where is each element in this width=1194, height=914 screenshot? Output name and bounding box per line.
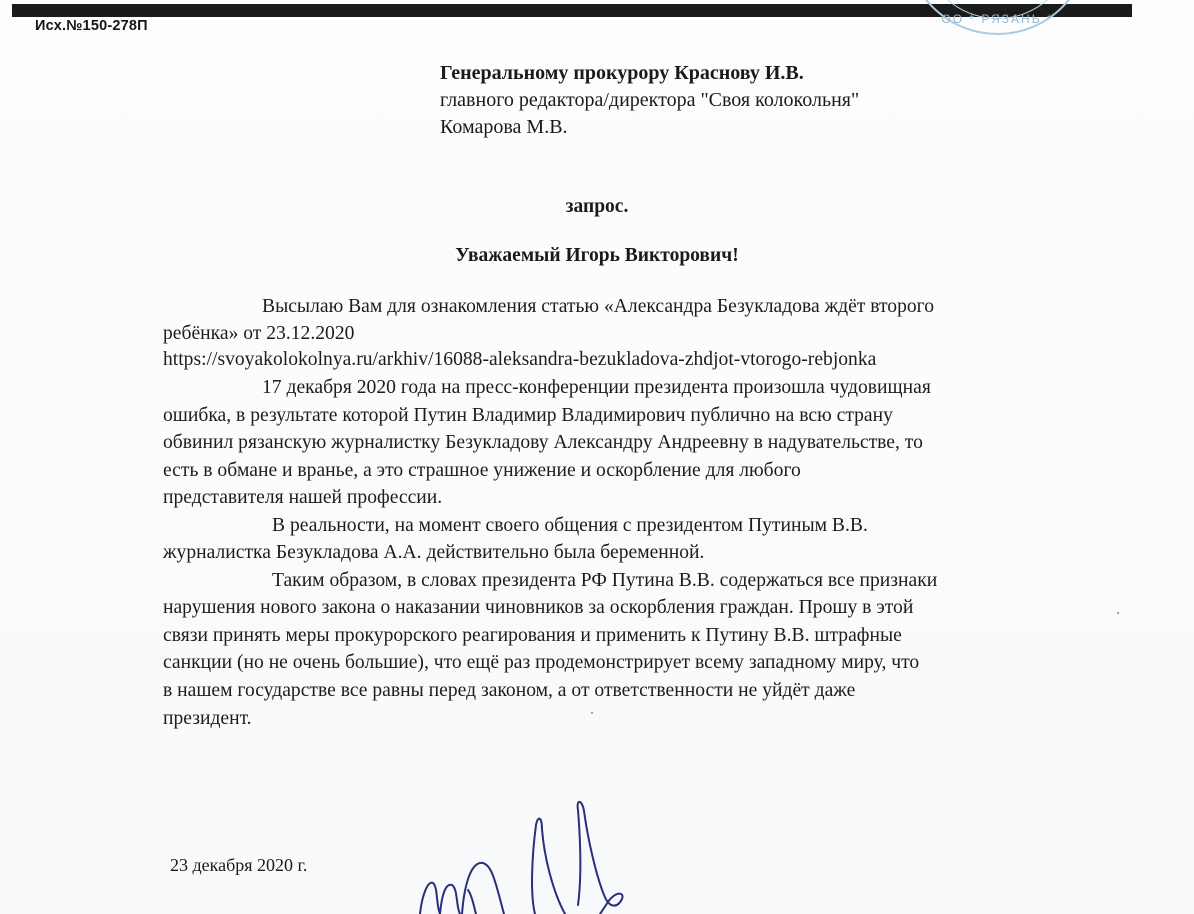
body-line: В реальности, на момент своего общения с…: [272, 514, 868, 538]
body-line: Таким образом, в словах президента РФ Пу…: [272, 569, 937, 593]
organization-stamp: ОО * РЯЗАНЬ *: [905, 0, 1090, 35]
outgoing-number: Исх.№150-278П: [35, 18, 148, 34]
body-line: есть в обмане и вранье, а это страшное у…: [163, 459, 801, 483]
stamp-text: ОО * РЯЗАНЬ *: [907, 12, 1088, 26]
body-line: представителя нашей профессии.: [163, 486, 442, 510]
document-type-heading: запрос.: [0, 196, 1194, 218]
body-line: обвинил рязанскую журналистку Безукладов…: [163, 431, 923, 455]
sender-name: Комарова М.В.: [440, 115, 568, 139]
body-line: связи принять меры прокурорского реагиро…: [163, 624, 902, 648]
scan-speck: [591, 712, 593, 714]
signature-icon: [400, 795, 640, 914]
salutation: Уважаемый Игорь Викторович!: [0, 245, 1194, 267]
body-line: ошибка, в результате которой Путин Влади…: [163, 404, 893, 428]
sender-position: главного редактора/директора "Своя колок…: [440, 88, 859, 112]
body-line: президент.: [163, 707, 252, 731]
body-line: журналистка Безукладова А.А. действитель…: [163, 541, 704, 565]
scanned-letter-page: ОО * РЯЗАНЬ * Исх.№150-278П Генеральному…: [0, 0, 1194, 914]
body-line: ребёнка» от 23.12.2020: [163, 322, 354, 346]
document-date: 23 декабря 2020 г.: [170, 855, 307, 876]
body-line: 17 декабря 2020 года на пресс-конференци…: [262, 376, 931, 400]
scan-speck: [1117, 612, 1119, 614]
article-link: https://svoyakolokolnya.ru/arkhiv/16088-…: [163, 348, 876, 372]
body-line: Высылаю Вам для ознакомления статью «Але…: [262, 295, 934, 319]
addressee-recipient: Генеральному прокурору Краснову И.В.: [440, 61, 804, 85]
body-line: нарушения нового закона о наказании чино…: [163, 596, 913, 620]
body-line: санкции (но не очень большие), что ещё р…: [163, 651, 919, 675]
body-line: в нашем государстве все равны перед зако…: [163, 679, 855, 703]
